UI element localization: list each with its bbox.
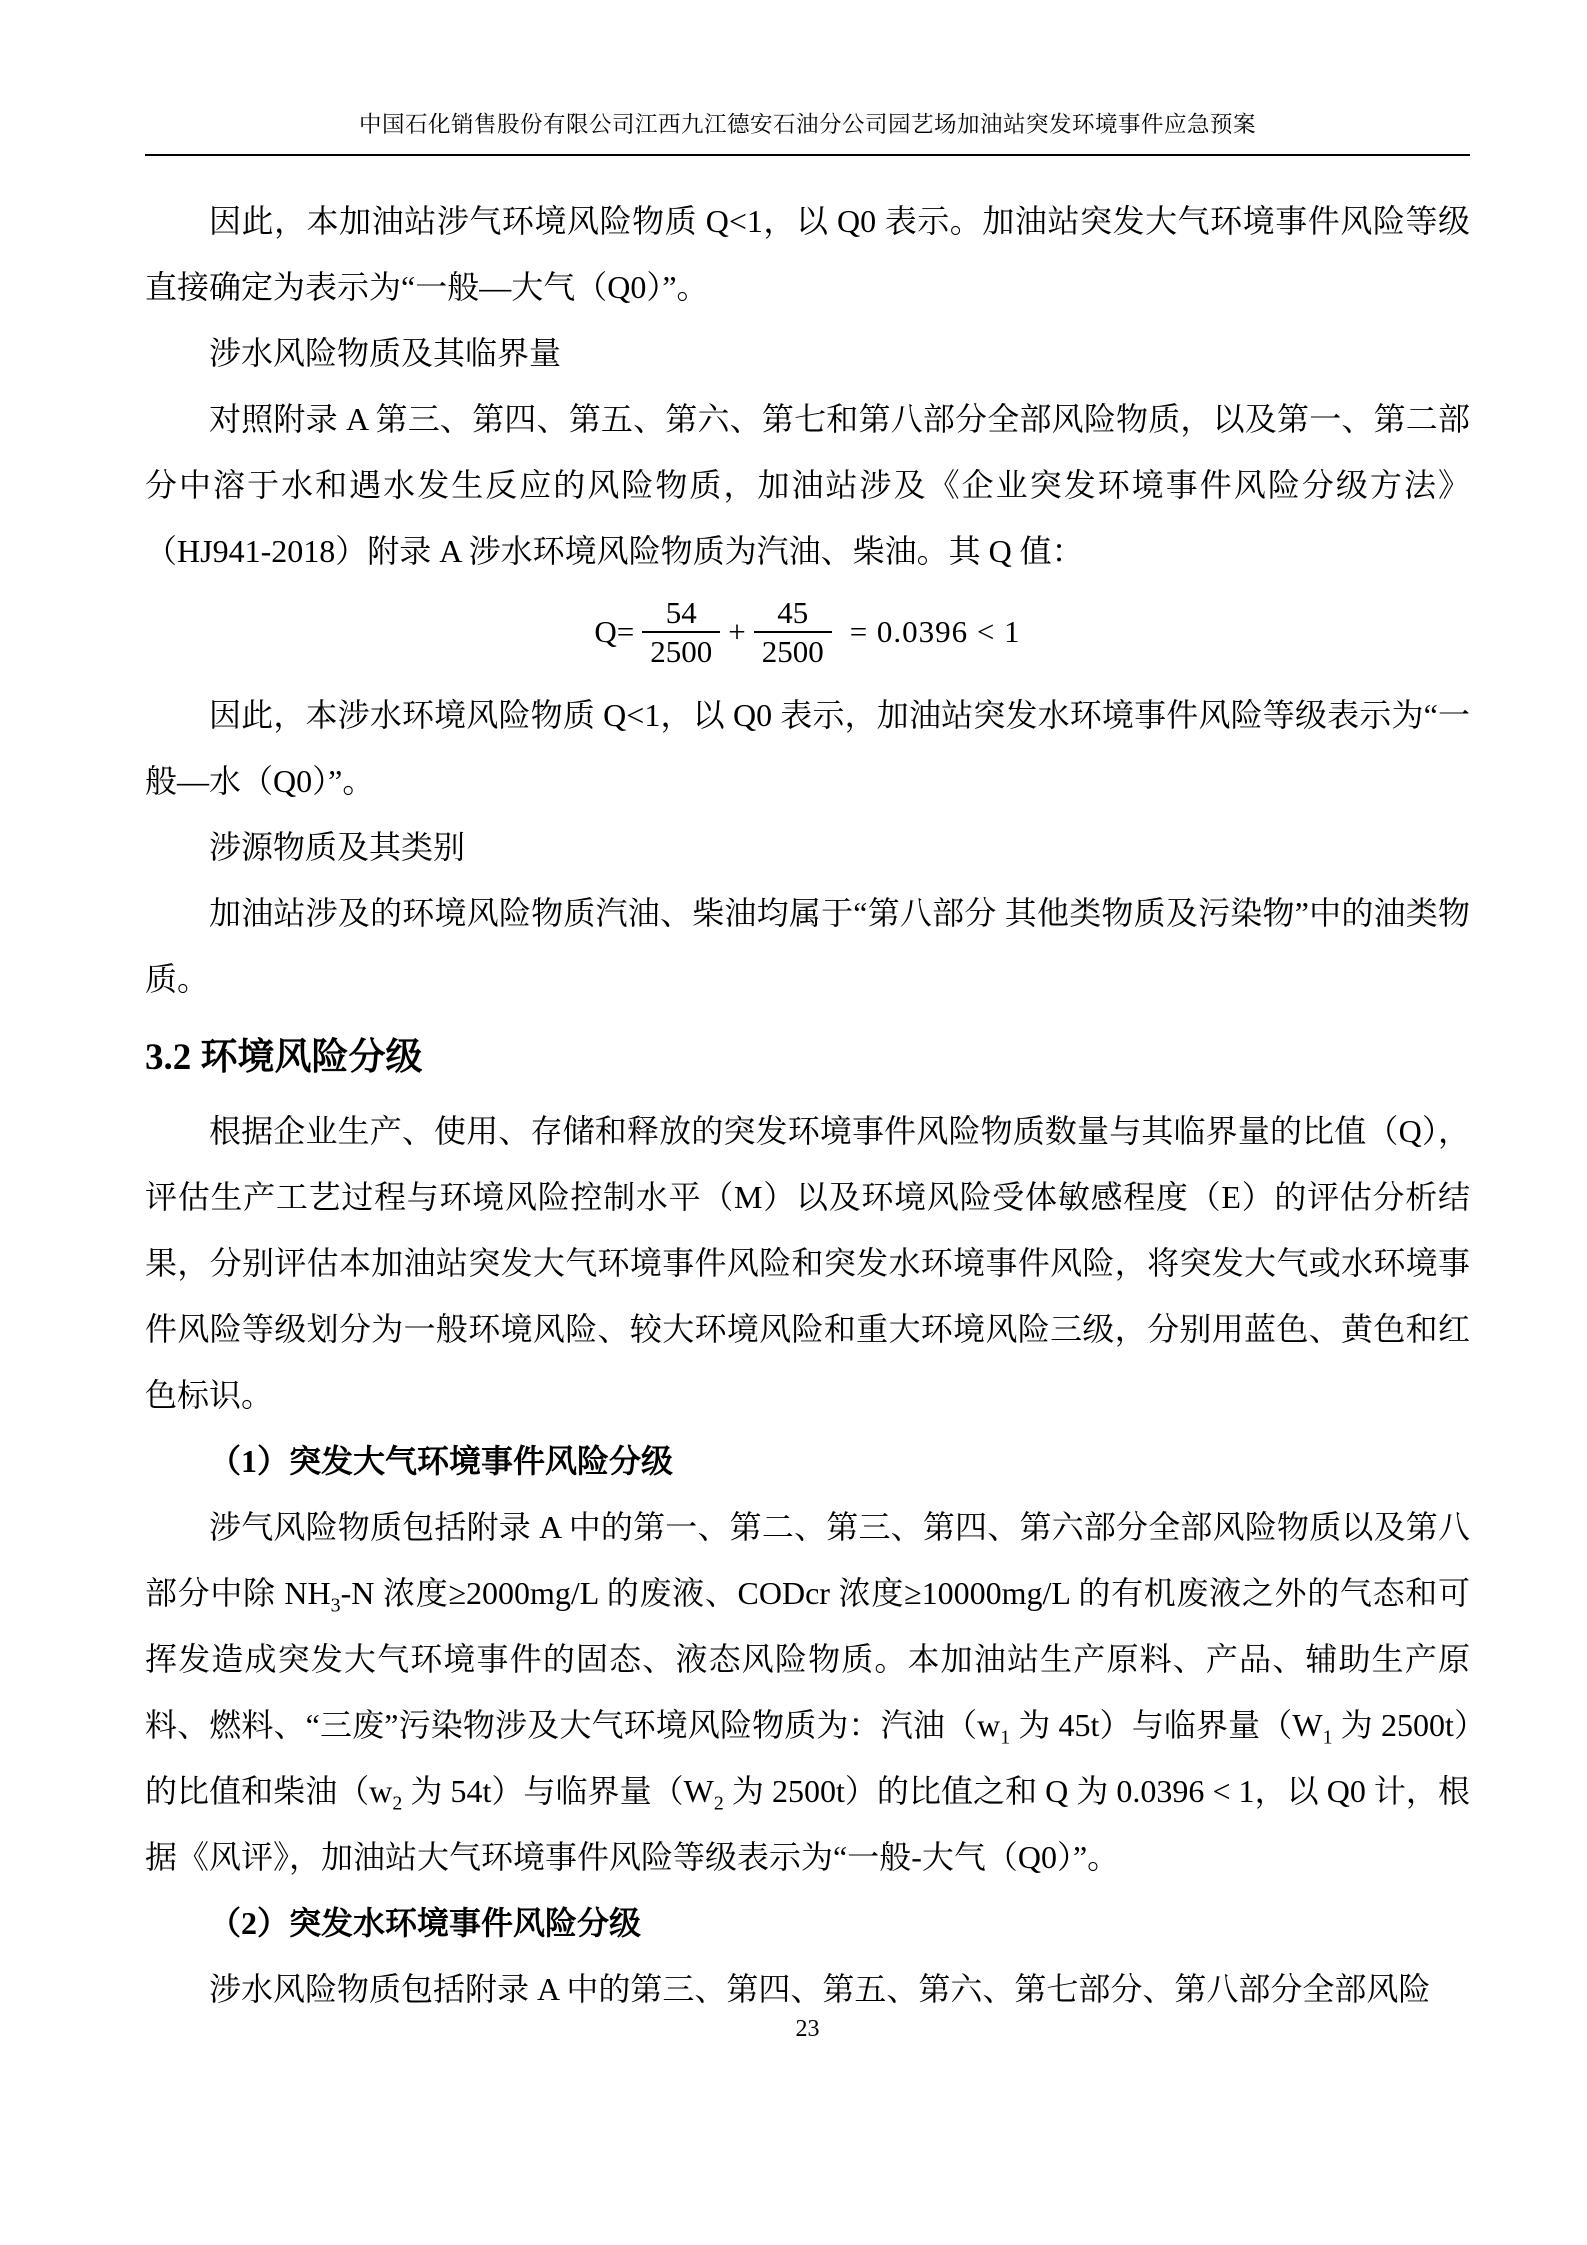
- header-title: 中国石化销售股份有限公司江西九江德安石油分公司园艺场加油站突发环境事件应急预案: [145, 110, 1470, 140]
- subsection-heading-water-event-grading: （2）突发水环境事件风险分级: [145, 1890, 1470, 1956]
- page-number: 23: [796, 2016, 820, 2042]
- fraction-numerator: 45: [769, 594, 816, 631]
- page-footer: 23: [145, 2014, 1470, 2044]
- fraction-denominator: 2500: [642, 631, 720, 670]
- subscript: 2: [714, 1793, 724, 1815]
- formula-lhs: Q=: [594, 614, 634, 650]
- para-water-risk-substances-body: 对照附录 A 第三、第四、第五、第六、第七和第八部分全部风险物质，以及第一、第二…: [145, 386, 1470, 584]
- subsection-heading-air-event-grading: （1）突发大气环境事件风险分级: [145, 1428, 1470, 1494]
- page-header: 中国石化销售股份有限公司江西九江德安石油分公司园艺场加油站突发环境事件应急预案: [145, 110, 1470, 156]
- para-air-risk-conclusion: 因此，本加油站涉气环境风险物质 Q<1，以 Q0 表示。加油站突发大气环境事件风…: [145, 188, 1470, 320]
- para-water-risk-conclusion: 因此，本涉水环境风险物质 Q<1，以 Q0 表示，加油站突发水环境事件风险等级表…: [145, 682, 1470, 814]
- para-air-event-grading-body: 涉气风险物质包括附录 A 中的第一、第二、第三、第四、第六部分全部风险物质以及第…: [145, 1494, 1470, 1890]
- document-body: 因此，本加油站涉气环境风险物质 Q<1，以 Q0 表示。加油站突发大气环境事件风…: [145, 188, 1470, 2022]
- header-rule: [145, 154, 1470, 156]
- para-grading-overview: 根据企业生产、使用、存储和释放的突发环境事件风险物质数量与其临界量的比值（Q），…: [145, 1098, 1470, 1428]
- plus-operator: +: [728, 614, 745, 650]
- para-source-substances-title: 涉源物质及其类别: [145, 814, 1470, 880]
- para-water-risk-substances-title: 涉水风险物质及其临界量: [145, 320, 1470, 386]
- para-source-substances-body: 加油站涉及的环境风险物质汽油、柴油均属于“第八部分 其他类物质及污染物”中的油类…: [145, 880, 1470, 1012]
- fraction-denominator: 2500: [754, 631, 832, 670]
- document-page: 中国石化销售股份有限公司江西九江德安石油分公司园艺场加油站突发环境事件应急预案 …: [0, 0, 1587, 2245]
- formula-result: = 0.0396 < 1: [850, 614, 1021, 650]
- subscript: 1: [1323, 1727, 1333, 1749]
- section-heading-environment-risk-grading: 3.2 环境风险分级: [145, 1028, 1470, 1088]
- fraction-diesel: 452500: [754, 594, 832, 670]
- fraction-numerator: 54: [658, 594, 705, 631]
- subscript: 3: [331, 1595, 341, 1617]
- subscript: 2: [392, 1793, 402, 1815]
- subscript: 1: [1000, 1727, 1010, 1749]
- q-value-formula: Q=542500+452500= 0.0396 < 1: [145, 594, 1470, 670]
- fraction-gasoline: 542500: [642, 594, 720, 670]
- para-water-event-grading-body: 涉水风险物质包括附录 A 中的第三、第四、第五、第六、第七部分、第八部分全部风险: [145, 1956, 1470, 2022]
